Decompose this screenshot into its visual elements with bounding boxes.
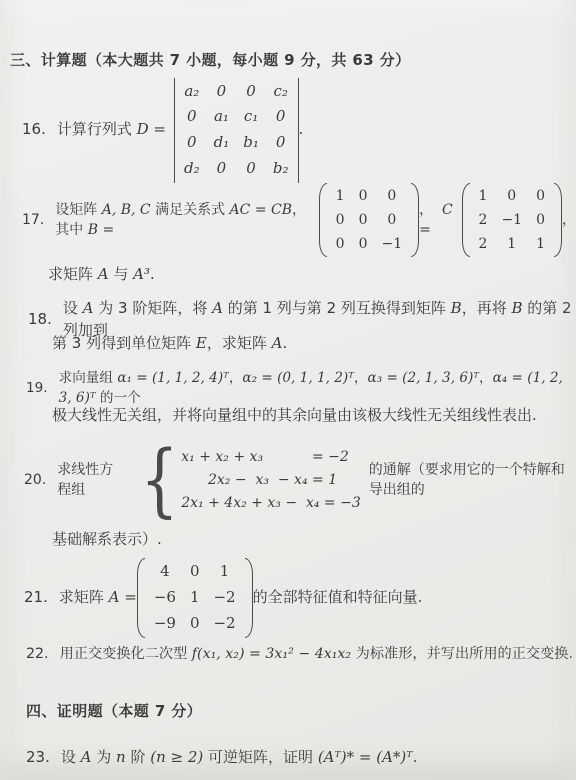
matrix-cell: 0	[336, 210, 345, 230]
matrix-cell: 0	[536, 210, 545, 230]
text-segment: 阶	[126, 748, 151, 766]
text-segment: 设	[63, 299, 83, 317]
matrix-cell: 4	[154, 561, 176, 583]
question-20-line2: 基础解系表示）.	[52, 529, 162, 551]
text-segment: 用正交变换化二次型	[60, 646, 192, 662]
equation-line: x₁ + x₂ + x₃ = −2	[181, 447, 360, 467]
matrix-cell: 2	[479, 210, 488, 230]
matrix-cell: 0	[501, 186, 522, 206]
text-segment: D =	[137, 120, 166, 138]
left-paren	[319, 183, 327, 258]
text-segment: 与	[109, 265, 134, 283]
matrix-cell: 0	[184, 106, 200, 128]
matrix-c: 1002−10211	[462, 183, 562, 258]
matrix-cell: −9	[154, 613, 176, 635]
text-segment: 为标准形，并写出所用的正交变换.	[351, 646, 573, 662]
question-17-number: 17.	[22, 210, 44, 230]
text-segment: α₁ = (1, 1, 2, 4)ᵀ	[117, 370, 229, 386]
right-paren	[554, 183, 562, 258]
text-segment: f(x₁, x₂) = 3x₁² − 4x₁x₂	[192, 646, 351, 662]
text-segment: 的一个	[96, 390, 141, 406]
question-16-suffix: .	[299, 119, 304, 141]
matrix-cell: −2	[213, 613, 235, 635]
text-segment: A, B, C	[102, 202, 151, 218]
text-segment: B	[451, 299, 462, 317]
text-segment: .	[282, 334, 287, 352]
text-segment: 满足关系式	[151, 202, 230, 218]
matrix-cell: b₁	[243, 132, 259, 154]
matrix-cell: 0	[190, 561, 200, 583]
matrix-cell: 0	[359, 210, 368, 230]
matrix-cell: 0	[359, 234, 368, 254]
matrix-cell: 0	[359, 186, 368, 206]
matrix-cell: a₁	[214, 106, 230, 128]
text-segment: A	[83, 299, 94, 317]
question-16: 16. 计算行列式 D = a₂00c₂0a₁c₁00d₁b₁0d₂00b₂ .	[22, 82, 303, 178]
question-22-text: 用正交变换化二次型 f(x₁, x₂) = 3x₁² − 4x₁x₂ 为标准形，…	[60, 644, 573, 665]
text-segment: 设矩阵	[55, 202, 101, 218]
matrix-cell: a₂	[184, 81, 200, 103]
equation-line: 2x₁ + 4x₂ + x₃ − x₄ = −3	[181, 493, 360, 513]
question-17-text: 设矩阵 A, B, C 满足关系式 AC = CB，其中 B =	[55, 200, 318, 241]
text-segment: 求矩阵	[59, 588, 109, 606]
question-23-number: 23.	[26, 747, 50, 769]
question-20: 20. 求线性方程组 { x₁ + x₂ + x₃ = −2 2x₂ − x₃ …	[24, 440, 576, 520]
question-19-line1: 求向量组 α₁ = (1, 1, 2, 4)ᵀ，α₂ = (0, 1, 1, 2…	[59, 369, 576, 408]
matrix-cell: 0	[273, 132, 289, 154]
matrix-cell: 0	[243, 158, 259, 180]
question-16-number: 16.	[22, 119, 46, 141]
text-segment: (n ≥ 2)	[150, 748, 203, 766]
system-brace: {	[141, 440, 179, 520]
text-segment: A³	[133, 265, 150, 283]
text-segment: E	[196, 334, 207, 352]
matrix-cell: 0	[190, 613, 200, 635]
text-segment: 的通解（要求用它的一个特解和导出组的	[369, 462, 565, 498]
text-segment: 计算行列式	[57, 120, 137, 138]
text-segment: ，	[479, 370, 493, 386]
text-segment: ，	[229, 370, 243, 386]
text-segment: 第 3 列得到单位矩阵	[52, 334, 196, 352]
text-segment: 基础解系表示）.	[52, 530, 162, 548]
matrix-cell: 1	[501, 234, 522, 254]
text-segment: n	[116, 748, 126, 766]
right-paren	[245, 558, 253, 637]
text-segment: 设	[61, 748, 81, 766]
question-18-number: 18.	[28, 309, 52, 331]
matrix-cell: 0	[536, 186, 545, 206]
text-segment: 求向量组	[59, 370, 118, 386]
text-segment: B	[511, 299, 522, 317]
question-17-separator: ， C =	[419, 200, 461, 241]
question-21-number: 21.	[24, 587, 48, 609]
text-segment: 可逆矩阵，证明	[203, 748, 318, 766]
matrix-cell: 1	[336, 186, 345, 206]
matrix-cell: 1	[190, 587, 200, 609]
text-segment: ，再将	[462, 299, 512, 317]
equation-system: x₁ + x₂ + x₃ = −2 2x₂ − x₃ − x₄ = 12x₁ +…	[181, 447, 360, 514]
matrix-cell: 0	[273, 106, 289, 128]
question-16-text: 计算行列式 D =	[57, 119, 166, 141]
matrix-cell: 0	[336, 234, 345, 254]
text-segment: 求线性方程组	[57, 462, 113, 498]
matrix-cell: 0	[382, 186, 403, 206]
text-segment: ，	[562, 212, 576, 228]
section-4-title: 四、证明题（本题 7 分）	[26, 701, 202, 723]
question-19: 19. 求向量组 α₁ = (1, 1, 2, 4)ᵀ，α₂ = (0, 1, …	[26, 369, 576, 408]
text-segment: AC = CB	[230, 202, 292, 218]
text-segment: A	[272, 334, 283, 352]
matrix-cell: b₂	[273, 158, 289, 180]
matrix-cell: d₁	[214, 132, 230, 154]
text-segment: .	[150, 265, 155, 283]
matrix-cell: c₁	[243, 106, 259, 128]
question-19-line2: 极大线性无关组，并将向量组中的其余向量由该极大线性无关组线性表出.	[52, 405, 537, 427]
question-23-text: 设 A 为 n 阶 (n ≥ 2) 可逆矩阵，证明 (Aᵀ)* = (A*)ᵀ.	[61, 747, 418, 769]
text-segment: A	[81, 748, 92, 766]
text-segment: 的第 1 列与第 2 列互换得到矩阵	[223, 299, 451, 317]
matrix-b: 10000000−1	[319, 183, 419, 258]
question-20-text: 求线性方程组	[57, 460, 126, 501]
matrix-cell: 0	[184, 132, 200, 154]
question-21-tail: 的全部特征值和特征向量.	[253, 587, 423, 609]
question-21: 21. 求矩阵 A = 401−61−2−90−2 的全部特征值和特征向量.	[24, 556, 422, 640]
matrix-cell: 2	[479, 234, 488, 254]
question-22-number: 22.	[26, 644, 49, 665]
text-segment: 为 3 阶矩阵，将	[93, 299, 212, 317]
right-paren	[411, 183, 419, 258]
matrix-cell: 1	[479, 186, 488, 206]
matrix-cell: 1	[213, 561, 235, 583]
question-23: 23. 设 A 为 n 阶 (n ≥ 2) 可逆矩阵，证明 (Aᵀ)* = (A…	[26, 747, 417, 769]
question-19-number: 19.	[26, 379, 48, 399]
text-segment: ，	[354, 370, 368, 386]
question-17-tail: ，	[562, 210, 576, 230]
text-segment: .	[413, 748, 418, 766]
matrix-a: 401−61−2−90−2	[137, 558, 253, 637]
text-segment: A =	[109, 588, 137, 606]
matrix-cell: c₂	[273, 81, 289, 103]
left-paren	[137, 558, 145, 637]
left-paren	[462, 183, 470, 258]
text-segment: α₂ = (0, 1, 1, 2)ᵀ	[242, 370, 354, 386]
section-3-title: 三、计算题（本大题共 7 小题，每小题 9 分，共 63 分）	[10, 50, 410, 72]
matrix-cell: d₂	[184, 158, 200, 180]
matrix-cell: 0	[243, 81, 259, 103]
text-segment: 的全部特征值和特征向量.	[253, 588, 423, 606]
question-17-line2: 求矩阵 A 与 A³.	[48, 264, 155, 286]
question-17: 17. 设矩阵 A, B, C 满足关系式 AC = CB，其中 B = 100…	[22, 182, 576, 258]
matrix-cell: 0	[214, 158, 230, 180]
exam-page: 三、计算题（本大题共 7 小题，每小题 9 分，共 63 分） 16. 计算行列…	[0, 0, 576, 780]
text-segment: A	[212, 299, 223, 317]
matrix-cell: 1	[536, 234, 545, 254]
question-20-tail: 的通解（要求用它的一个特解和导出组的	[369, 460, 576, 501]
question-20-number: 20.	[24, 470, 46, 490]
question-22: 22. 用正交变换化二次型 f(x₁, x₂) = 3x₁² − 4x₁x₂ 为…	[26, 644, 573, 665]
text-segment: 为	[91, 748, 116, 766]
text-segment: ，求矩阵	[207, 334, 272, 352]
matrix-cell: −1	[501, 210, 522, 230]
question-18-line2: 第 3 列得到单位矩阵 E，求矩阵 A.	[52, 333, 287, 355]
text-segment: (Aᵀ)* = (A*)ᵀ	[318, 748, 413, 766]
text-segment: α₃ = (2, 1, 3, 6)ᵀ	[368, 370, 480, 386]
matrix-cell: 0	[382, 210, 403, 230]
question-21-text: 求矩阵 A =	[59, 587, 137, 609]
matrix-cell: −2	[213, 587, 235, 609]
text-segment: B =	[88, 222, 114, 238]
text-segment: ，	[419, 202, 433, 218]
text-segment: 求矩阵	[48, 265, 98, 283]
matrix-cell: −1	[382, 234, 403, 254]
equation-line: 2x₂ − x₃ − x₄ = 1	[181, 470, 360, 490]
text-segment: 极大线性无关组，并将向量组中的其余向量由该极大线性无关组线性表出.	[52, 406, 537, 424]
matrix-cell: −6	[154, 587, 176, 609]
matrix-cell: 0	[214, 81, 230, 103]
text-segment: A	[98, 265, 109, 283]
determinant-d: a₂00c₂0a₁c₁00d₁b₁0d₂00b₂	[174, 78, 299, 183]
